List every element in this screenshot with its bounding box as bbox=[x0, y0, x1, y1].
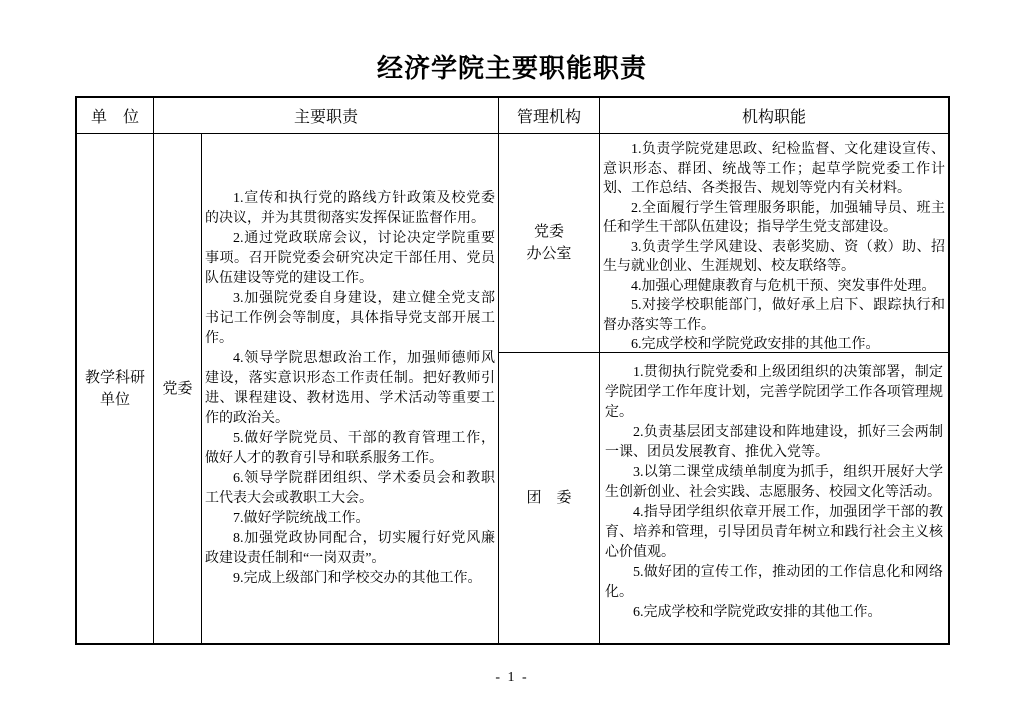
list-paragraph: 4.加强心理健康教育与危机干预、突发事件处理。 bbox=[603, 277, 945, 297]
cell-main-duties: 1.宣传和执行党的路线方针政策及校党委的决议，并为其贯彻落实发挥保证监督作用。2… bbox=[202, 134, 499, 643]
cell-youth-league-functions: 1.贯彻执行院党委和上级团组织的决策部署，制定学院团学工作年度计划，完善学院团学… bbox=[600, 353, 948, 643]
list-paragraph: 2.负责基层团支部建设和阵地建设，抓好三会两制一课、团员发展教育、推优入党等。 bbox=[605, 423, 943, 463]
list-paragraph: 9.完成上级部门和学校交办的其他工作。 bbox=[205, 569, 495, 589]
page-title: 经济学院主要职能职责 bbox=[0, 48, 1024, 85]
list-paragraph: 6.完成学校和学院党政安排的其他工作。 bbox=[605, 603, 943, 623]
unit-name-line: 单位 bbox=[100, 389, 130, 411]
header-unit: 单 位 bbox=[77, 98, 154, 134]
header-main-duties: 主要职责 bbox=[154, 98, 499, 134]
list-paragraph: 4.领导学院思想政治工作，加强师德师风建设，落实意识形态工作责任制。把好教师引进… bbox=[205, 349, 495, 429]
header-org-functions: 机构职能 bbox=[600, 98, 948, 134]
list-paragraph: 7.做好学院统战工作。 bbox=[205, 509, 495, 529]
list-paragraph: 1.负责学院党建思政、纪检监督、文化建设宣传、意识形态、群团、统战等工作；起草学… bbox=[603, 140, 945, 199]
cell-party-office: 党委 办公室 bbox=[499, 134, 600, 353]
page-number: - 1 - bbox=[0, 670, 1024, 686]
header-managing-org: 管理机构 bbox=[499, 98, 600, 134]
list-paragraph: 2.全面履行学生管理服务职能，加强辅导员、班主任和学生干部队伍建设；指导学生党支… bbox=[603, 199, 945, 238]
list-paragraph: 6.完成学校和学院党政安排的其他工作。 bbox=[603, 335, 945, 353]
cell-party-committee: 党委 bbox=[154, 134, 202, 643]
list-paragraph: 2.通过党政联席会议，讨论决定学院重要事项。召开院党委会研究决定干部任用、党员队… bbox=[205, 229, 495, 289]
youth-league-label: 团 委 bbox=[526, 487, 571, 509]
list-paragraph: 5.对接学校职能部门，做好承上启下、跟踪执行和督办落实等工作。 bbox=[603, 296, 945, 335]
cell-party-office-functions: 1.负责学院党建思政、纪检监督、文化建设宣传、意识形态、群团、统战等工作；起草学… bbox=[600, 134, 948, 353]
party-office-label-line: 办公室 bbox=[526, 243, 571, 265]
list-paragraph: 5.做好团的宣传工作，推动团的工作信息化和网络化。 bbox=[605, 563, 943, 603]
list-paragraph: 3.加强院党委自身建设，建立健全党支部书记工作例会等制度，具体指导党支部开展工作… bbox=[205, 289, 495, 349]
list-paragraph: 4.指导团学组织依章开展工作，加强团学干部的教育、培养和管理，引导团员青年树立和… bbox=[605, 503, 943, 563]
list-paragraph: 3.负责学生学风建设、表彰奖励、资（救）助、招生与就业创业、生涯规划、校友联络等… bbox=[603, 238, 945, 277]
list-paragraph: 3.以第二课堂成绩单制度为抓手，组织开展好大学生创新创业、社会实践、志愿服务、校… bbox=[605, 463, 943, 503]
list-paragraph: 1.贯彻执行院党委和上级团组织的决策部署，制定学院团学工作年度计划，完善学院团学… bbox=[605, 363, 943, 423]
unit-name-line: 教学科研 bbox=[85, 367, 145, 389]
party-committee-label: 党委 bbox=[162, 378, 192, 400]
list-paragraph: 6.领导学院群团组织、学术委员会和教职工代表大会或教职工大会。 bbox=[205, 469, 495, 509]
list-paragraph: 8.加强党政协同配合，切实履行好党风廉政建设责任制和“一岗双责”。 bbox=[205, 529, 495, 569]
list-paragraph: 1.宣传和执行党的路线方针政策及校党委的决议，并为其贯彻落实发挥保证监督作用。 bbox=[205, 189, 495, 229]
document-page: 经济学院主要职能职责 单 位 主要职责 管理机构 机构职能 教学科研 单位 党委… bbox=[0, 0, 1024, 724]
cell-teaching-research-unit: 教学科研 单位 bbox=[77, 134, 154, 643]
list-paragraph: 5.做好学院党员、干部的教育管理工作，做好人才的教育引导和联系服务工作。 bbox=[205, 429, 495, 469]
party-office-label-line: 党委 bbox=[534, 221, 564, 243]
cell-youth-league: 团 委 bbox=[499, 353, 600, 643]
responsibilities-table: 单 位 主要职责 管理机构 机构职能 教学科研 单位 党委 1.宣传和执行党的路… bbox=[75, 96, 950, 645]
